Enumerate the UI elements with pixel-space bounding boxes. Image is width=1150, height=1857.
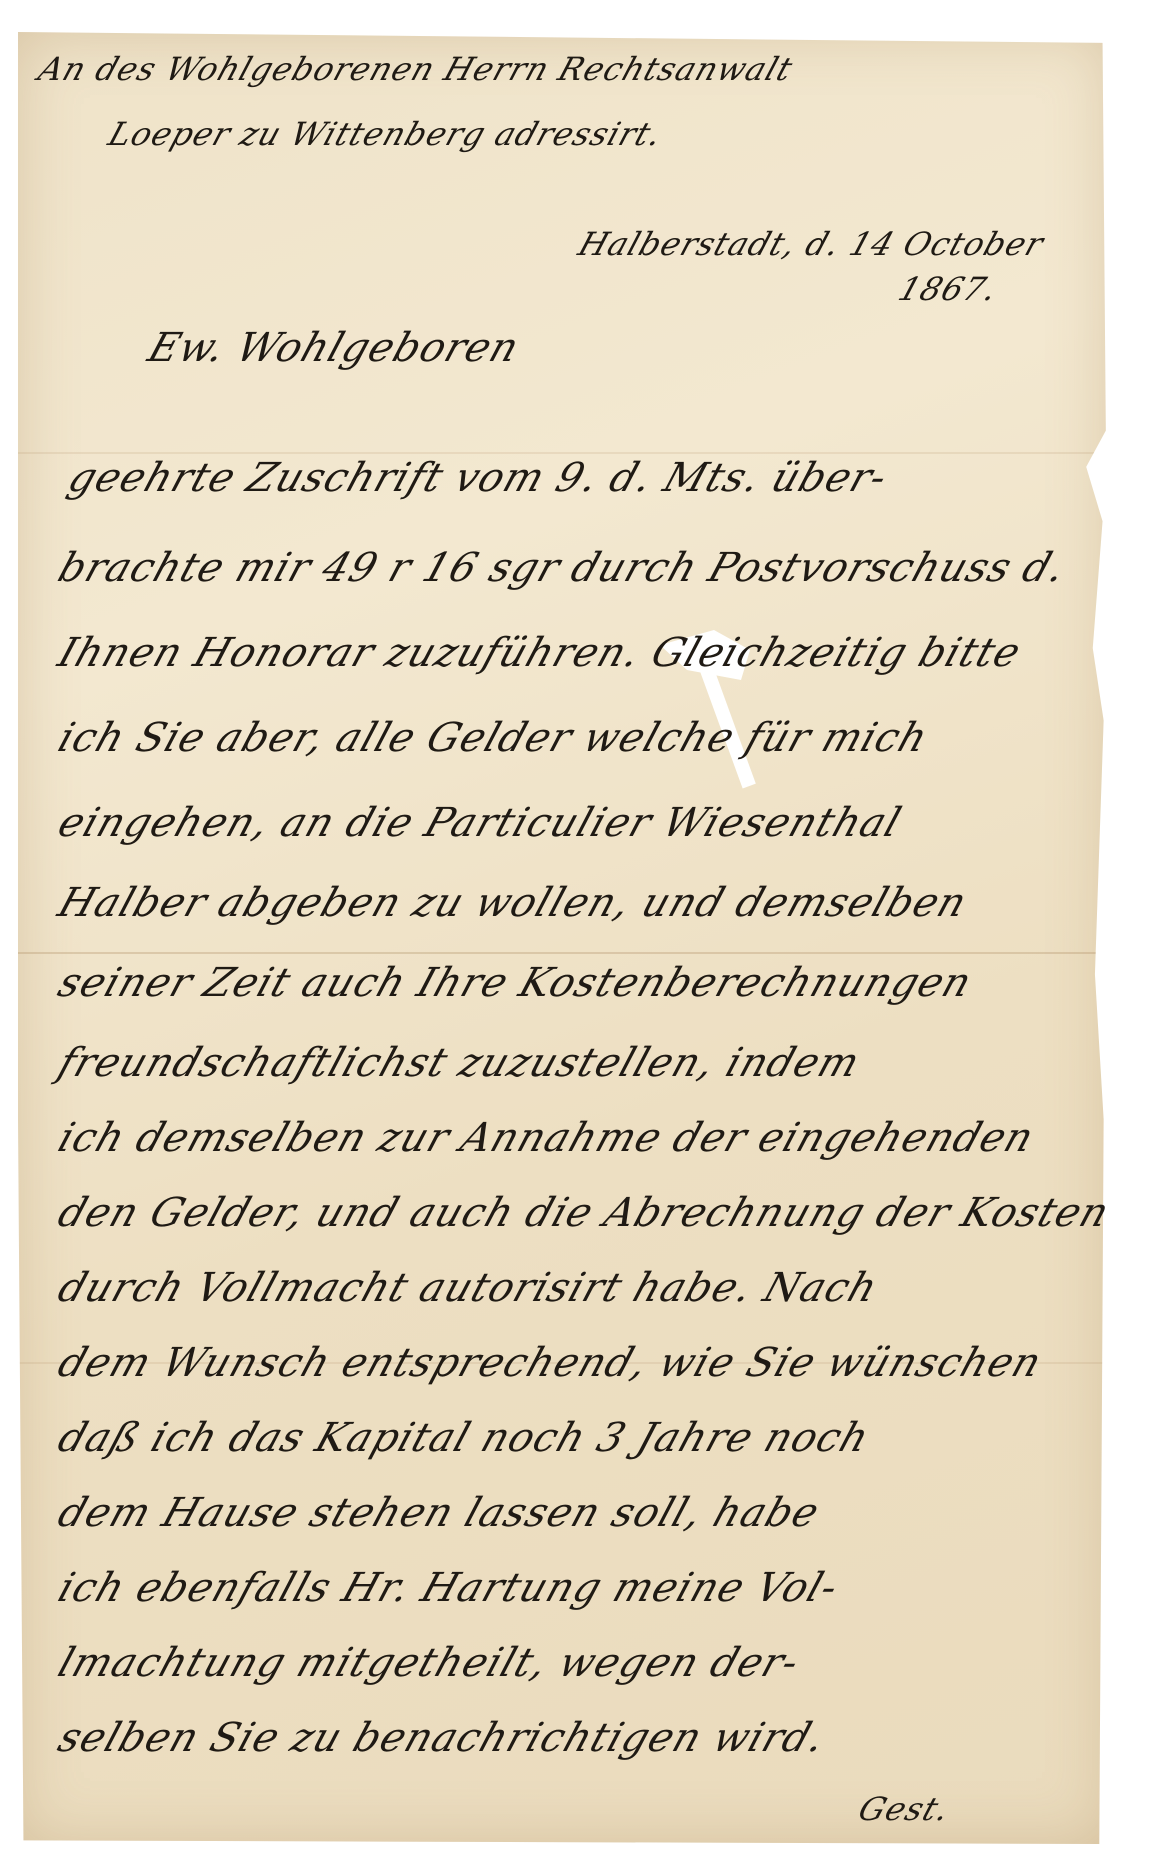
body-line: lmachtung mitgetheilt, wegen der-: [53, 1640, 806, 1686]
dateline-place-date: Halberstadt, d. 14 October: [574, 225, 1049, 263]
fold-crease: [18, 952, 1108, 954]
address-line-2: Loeper zu Wittenberg adressirt.: [104, 115, 668, 153]
body-line: durch Vollmacht autorisirt habe. Nach: [53, 1265, 884, 1311]
body-line: ich Sie aber, alle Gelder welche für mic…: [53, 715, 934, 761]
body-line: seiner Zeit auch Ihre Kostenberechnungen: [53, 960, 978, 1006]
body-line: den Gelder, und auch die Abrechnung der …: [53, 1190, 1116, 1236]
closing-mark: Gest.: [854, 1790, 955, 1828]
body-line: dem Hause stehen lassen soll, habe: [53, 1490, 826, 1536]
body-line: selben Sie zu benachrichtigen wird.: [53, 1715, 832, 1761]
body-line: geehrte Zuschrift vom 9. d. Mts. über-: [63, 455, 894, 501]
body-line: dem Wunsch entsprechend, wie Sie wünsche…: [53, 1340, 1048, 1386]
salutation: Ew. Wohlgeboren: [143, 325, 526, 371]
fold-crease: [18, 452, 1108, 454]
body-line: freundschaftlichst zuzustellen, indem: [53, 1040, 866, 1086]
body-line: brachte mir 49 r 16 sgr durch Postvorsch…: [53, 545, 1072, 591]
body-line: Ihnen Honorar zuzuführen. Gleichzeitig b…: [53, 630, 1027, 676]
body-line: ich ebenfalls Hr. Hartung meine Vol-: [53, 1565, 845, 1611]
dateline-year: 1867.: [894, 270, 1003, 308]
body-line: ich demselben zur Annahme der eingehende…: [53, 1115, 1040, 1161]
body-line: Halber abgeben zu wollen, und demselben: [53, 880, 973, 926]
body-line: daß ich das Kapital noch 3 Jahre noch: [53, 1415, 876, 1461]
address-line-1: An des Wohlgeborenen Herrn Rechtsanwalt: [34, 50, 798, 88]
body-line: eingehen, an die Particulier Wiesenthal: [53, 800, 908, 846]
